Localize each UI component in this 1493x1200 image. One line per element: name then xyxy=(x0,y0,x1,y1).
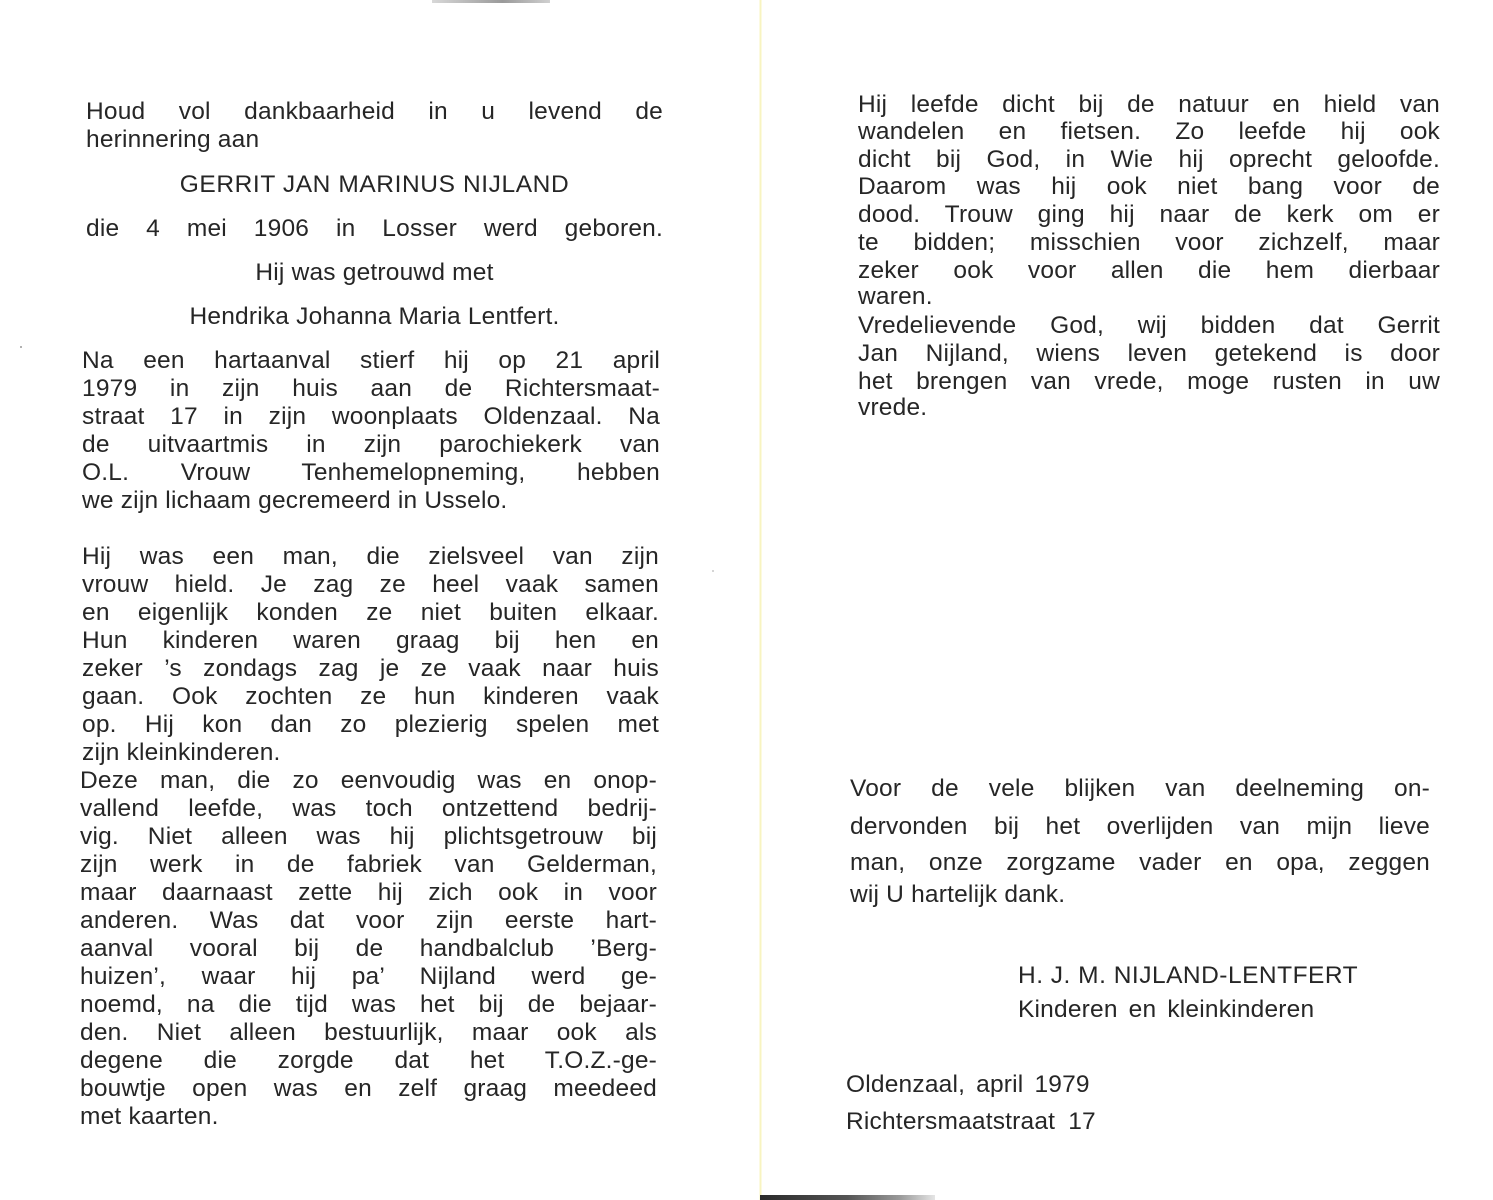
paragraph-line: te bidden; misschien voor zichzelf, maar xyxy=(858,229,1440,257)
paragraph-line: bouwtje open was en zelf graag meedeed xyxy=(80,1075,657,1103)
paragraph-line: vrouw hield. Je zag ze heel vaak samen xyxy=(82,571,659,599)
paragraph-line: dervonden bij het overlijden van mijn li… xyxy=(850,812,1430,842)
deceased-name: GERRIT JAN MARINUS NIJLAND xyxy=(86,171,663,199)
address: Richtersmaatstraat 17 xyxy=(846,1108,1266,1136)
paragraph-line: Daarom was hij ook niet bang voor de xyxy=(858,173,1440,201)
paragraph-line: Hun kinderen waren graag bij hen en xyxy=(82,627,659,655)
paragraph-line: noemd, na die tijd was het bij de bejaar… xyxy=(80,991,657,1019)
prayer-line: vrede. xyxy=(858,394,1440,422)
paragraph-line: op. Hij kon dan zo plezierig spelen met xyxy=(82,711,659,739)
paragraph-line: straat 17 in zijn woonplaats Oldenzaal. … xyxy=(82,403,660,431)
paragraph-line: waren. xyxy=(858,283,1440,311)
paragraph-line: O.L. Vrouw Tenhemelopneming, hebben xyxy=(82,459,660,487)
paragraph-line: vallend leefde, was toch ontzettend bedr… xyxy=(80,795,657,823)
place-date: Oldenzaal, april 1979 xyxy=(846,1071,1266,1099)
prayer-line: Jan Nijland, wiens leven getekend is doo… xyxy=(858,340,1440,368)
paragraph-line: huizen’, waar hij pa’ Nijland werd ge- xyxy=(80,963,657,991)
paragraph-line: we zijn lichaam gecremeerd in Usselo. xyxy=(82,487,660,515)
paragraph-line: aanval vooral bij de handbalclub ’Berg- xyxy=(80,935,657,963)
intro-line: Houd vol dankbaarheid in u levend de xyxy=(86,98,663,126)
paragraph-line: zeker ook voor allen die hem dierbaar xyxy=(858,257,1440,285)
paragraph-line: zijn kleinkinderen. xyxy=(82,739,659,767)
paragraph-line: zeker ’s zondags zag je ze vaak naar hui… xyxy=(82,655,659,683)
paragraph-line: zijn werk in de fabriek van Gelderman, xyxy=(80,851,657,879)
paragraph-line: wij U hartelijk dank. xyxy=(850,880,1430,910)
intro-line: herinnering aan xyxy=(86,126,663,154)
spouse-name: Hendrika Johanna Maria Lentfert. xyxy=(86,303,663,331)
signature-name: H. J. M. NIJLAND-LENTFERT xyxy=(1018,962,1438,990)
paragraph-line: anderen. Was dat voor zijn eerste hart- xyxy=(80,907,657,935)
paragraph-line: Hij was een man, die zielsveel van zijn xyxy=(82,543,659,571)
paragraph-line: man, onze zorgzame vader en opa, zeggen xyxy=(850,848,1430,878)
paragraph-line: dood. Trouw ging hij naar de kerk om er xyxy=(858,201,1440,229)
paragraph-line: en eigenlijk konden ze niet buiten elkaa… xyxy=(82,599,659,627)
paragraph-line: gaan. Ook zochten ze hun kinderen vaak xyxy=(82,683,659,711)
prayer-line: Vredelievende God, wij bidden dat Gerrit xyxy=(858,312,1440,340)
married-line: Hij was getrouwd met xyxy=(86,259,663,287)
paragraph-line: Hij leefde dicht bij de natuur en hield … xyxy=(858,91,1440,119)
paragraph-line: dicht bij God, in Wie hij oprecht geloof… xyxy=(858,146,1440,174)
paragraph-line: Deze man, die zo eenvoudig was en onop- xyxy=(80,767,657,795)
paragraph-line: wandelen en fietsen. Zo leefde hij ook xyxy=(858,118,1440,146)
prayer-line: het brengen van vrede, moge rusten in uw xyxy=(858,368,1440,396)
paragraph-line: 1979 in zijn huis aan de Richtersmaat- xyxy=(82,375,660,403)
paragraph-line: den. Niet alleen bestuurlijk, maar ook a… xyxy=(80,1019,657,1047)
birth-line: die 4 mei 1906 in Losser werd geboren. xyxy=(86,215,663,243)
paragraph-line: maar daarnaast zette hij zich ook in voo… xyxy=(80,879,657,907)
signature-family: Kinderen en kleinkinderen xyxy=(1018,996,1438,1024)
right-page: Hij leefde dicht bij de natuur en hield … xyxy=(762,0,1493,1200)
left-page: Houd vol dankbaarheid in u levend de her… xyxy=(0,0,759,1200)
paragraph-line: de uitvaartmis in zijn parochiekerk van xyxy=(82,431,660,459)
paragraph-line: vig. Niet alleen was hij plichtsgetrouw … xyxy=(80,823,657,851)
paragraph-line: Na een hartaanval stierf hij op 21 april xyxy=(82,347,660,375)
paragraph-line: met kaarten. xyxy=(80,1103,657,1131)
paragraph-line: Voor de vele blijken van deelneming on- xyxy=(850,774,1430,804)
paragraph-line: degene die zorgde dat het T.O.Z.-ge- xyxy=(80,1047,657,1075)
